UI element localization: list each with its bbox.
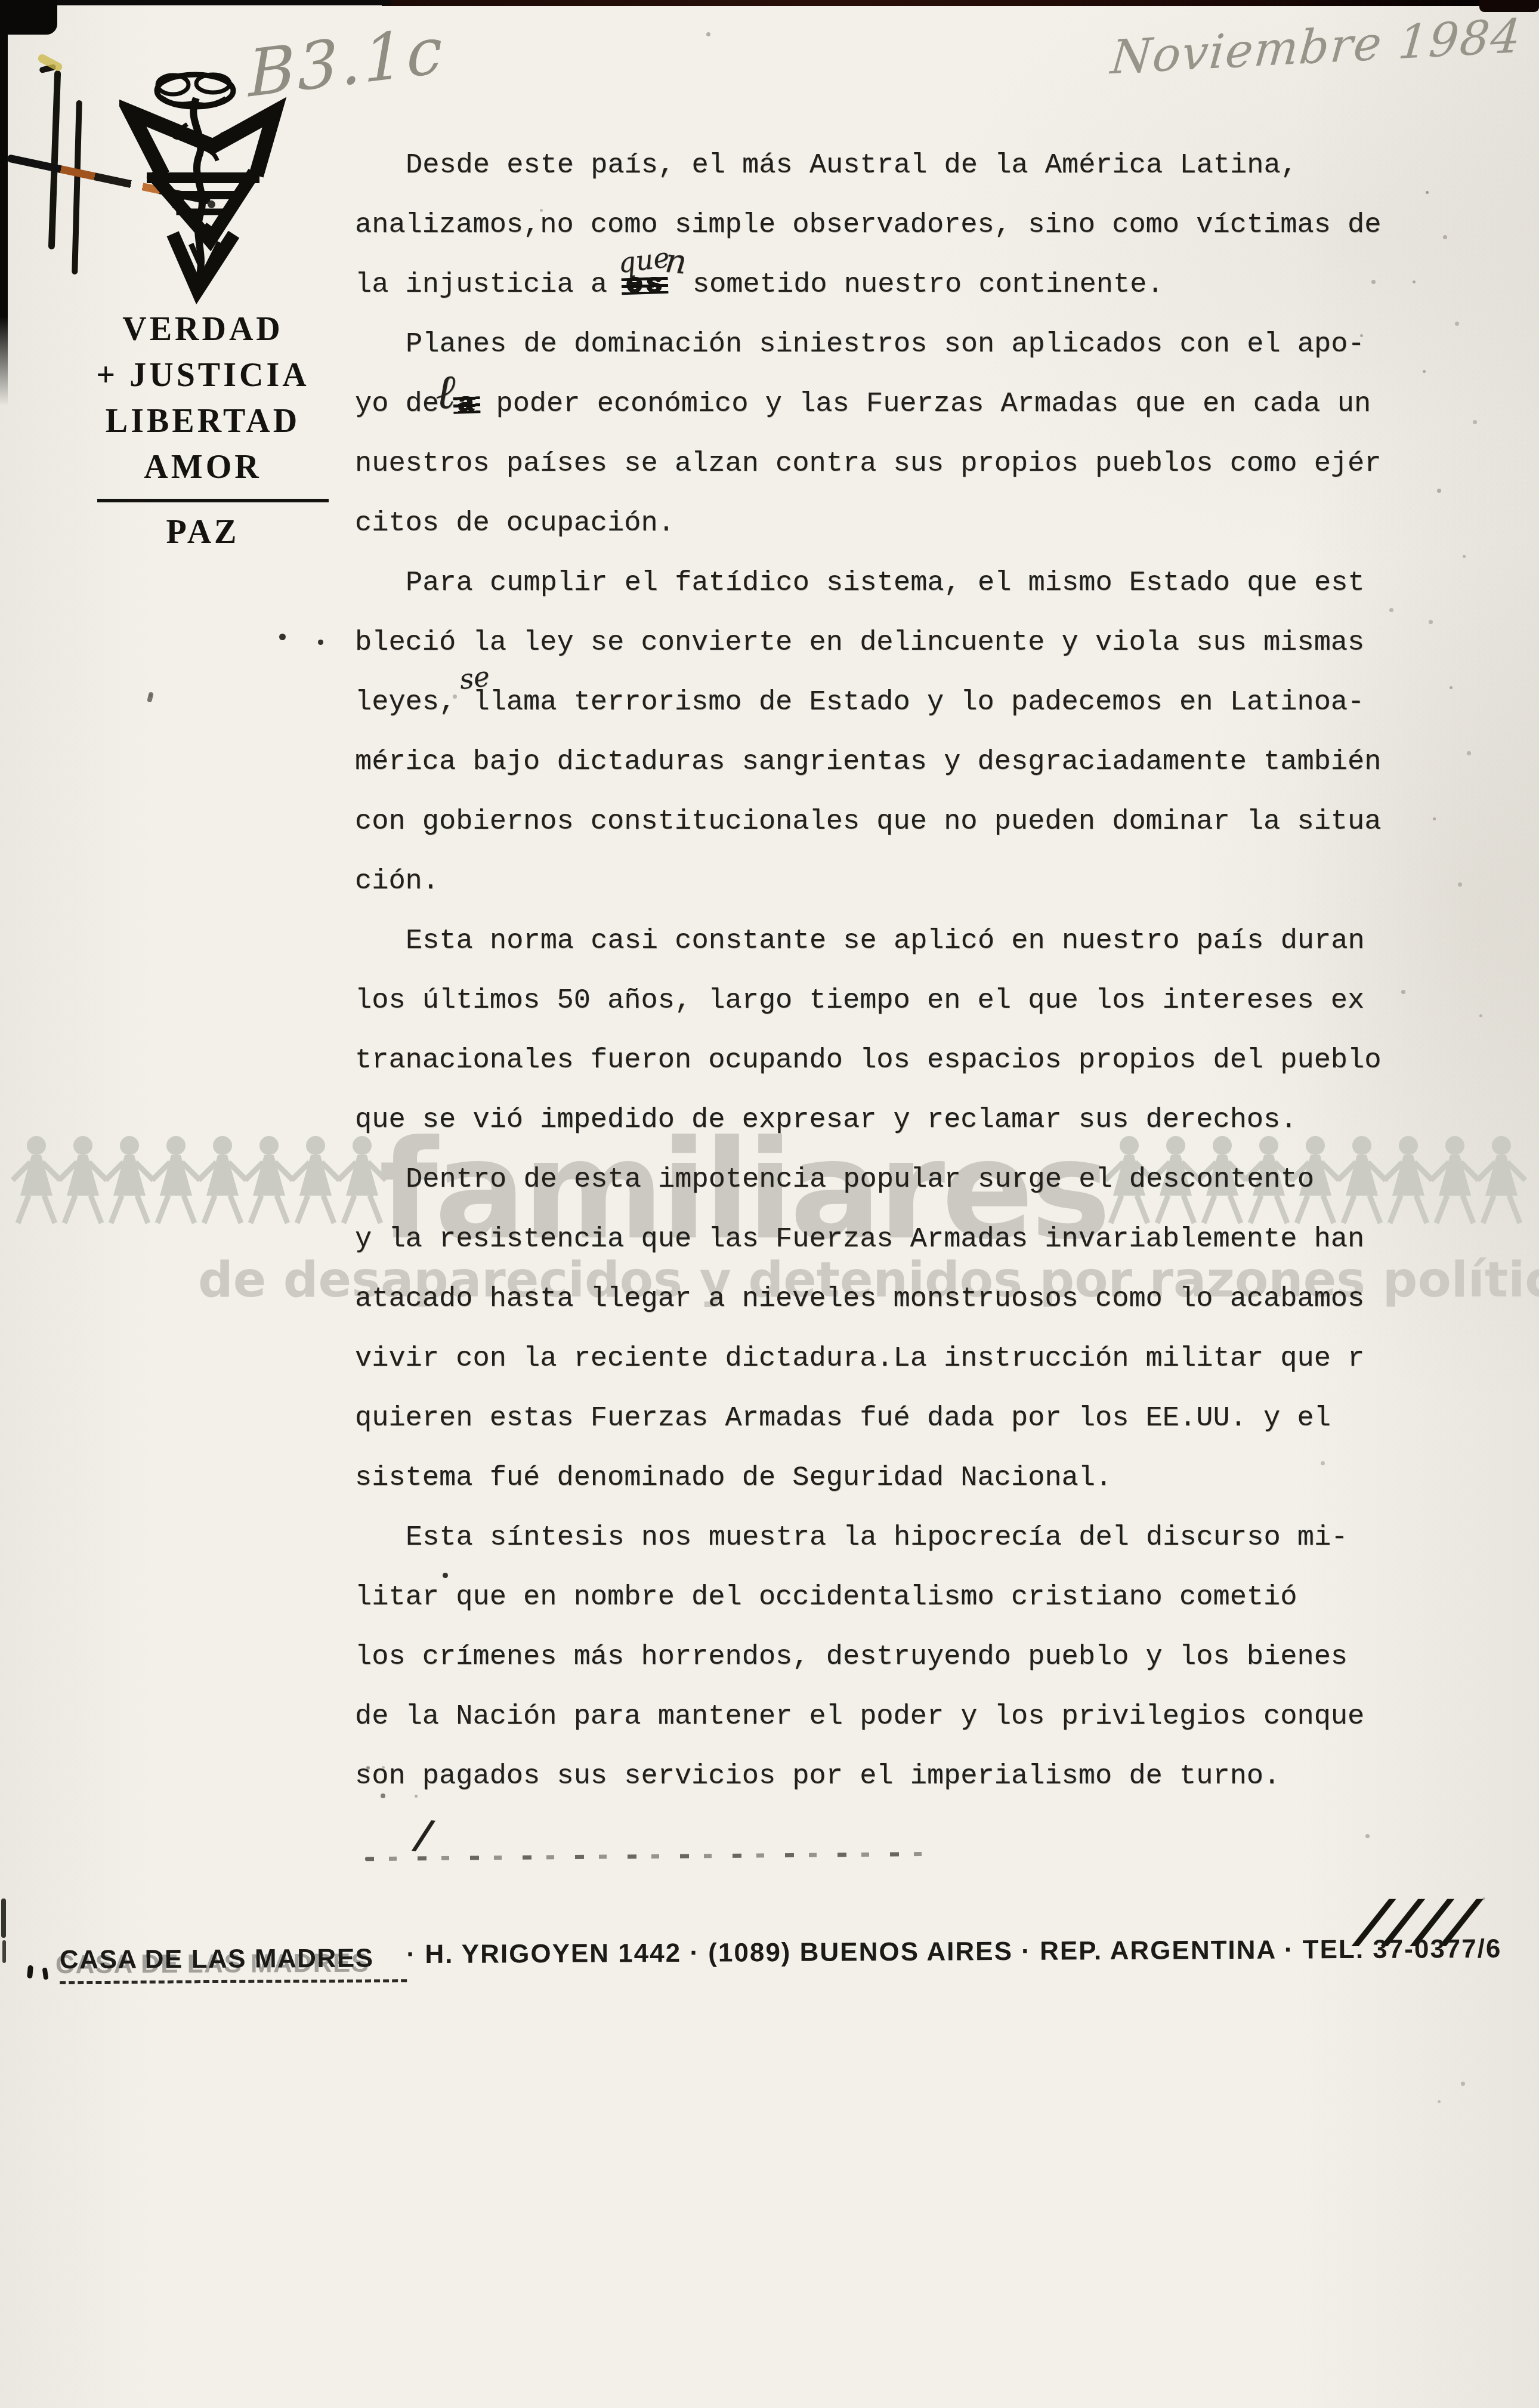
- body-line: ción.: [355, 868, 439, 896]
- line-text: yo de: [355, 388, 439, 420]
- body-line: los últimos 50 años, largo tiempo en el …: [355, 987, 1364, 1015]
- pencil-dot: [366, 1766, 370, 1770]
- letterhead-paz: PAZ: [72, 513, 334, 551]
- pen-dot: [443, 1573, 448, 1578]
- scan-corner-mark: [0, 0, 57, 35]
- body-line: vivir con la reciente dictadura.La instr…: [355, 1345, 1364, 1373]
- body-line: y la resistencia que las Fuerzas Armadas…: [355, 1225, 1364, 1254]
- letterhead-footer: CASA DE LAS MADRES· H. YRIGOYEN 1442 · (…: [60, 1934, 1502, 1981]
- ink-speck: [27, 1965, 33, 1979]
- body-line: son pagados sus servicios por el imperia…: [355, 1762, 1280, 1790]
- body-line: Esta síntesis nos muestra la hipocrecía …: [406, 1524, 1348, 1552]
- struck-word: es: [624, 269, 667, 301]
- scan-left-edge: [0, 0, 8, 406]
- scan-noise: [1426, 191, 1429, 194]
- letterhead-amor: AMOR: [72, 448, 334, 486]
- struck-word: a: [456, 388, 479, 420]
- footer-address: · H. YRIGOYEN 1442 · (1089) BUENOS AIRES…: [406, 1934, 1501, 1969]
- body-line: Para cumplir el fatídico sistema, el mis…: [406, 569, 1365, 597]
- body-line: Desde este país, el más Austral de la Am…: [406, 152, 1297, 180]
- letterhead-verdad: VERDAD: [72, 310, 334, 348]
- pencil-dot: [381, 1793, 385, 1798]
- body-line: yo deℓa poder económico y las Fuerzas Ar…: [355, 390, 1371, 418]
- scan-top-edge-left: [57, 0, 391, 5]
- pen-stroke: [48, 70, 61, 249]
- scan-top-edge: [382, 0, 1539, 6]
- body-line: Dentro de esta impotencia popular surge …: [406, 1166, 1314, 1194]
- body-line: sistema fué denominado de Seguridad Naci…: [355, 1464, 1112, 1492]
- footer-org-name: CASA DE LAS MADRES: [60, 1943, 407, 1984]
- body-line: bleció la ley se convierte en delincuent…: [355, 629, 1364, 657]
- pen-stroke: [72, 100, 82, 274]
- body-line: analizamos,no como simple observadores, …: [355, 211, 1381, 239]
- body-line: quieren estas Fuerzas Armadas fué dada p…: [355, 1404, 1331, 1433]
- body-line: citos de ocupación.: [355, 510, 675, 538]
- body-line: nuestros países se alzan contra sus prop…: [355, 450, 1381, 478]
- scan-edge-mark: [1, 1898, 6, 1938]
- line-text: sometido nuestro continente.: [676, 269, 1164, 301]
- letterhead-justicia: + JUSTICIA: [72, 356, 334, 394]
- handwritten-slash: /: [414, 1811, 433, 1859]
- body-line: Planes de dominación siniestros son apli…: [406, 331, 1365, 359]
- body-line: los crímenes más horrendos, destruyendo …: [355, 1643, 1348, 1671]
- scan-edge-mark: [2, 1940, 6, 1963]
- body-line: mérica bajo dictaduras sangrientas y des…: [355, 748, 1381, 776]
- margin-tick: [147, 691, 154, 702]
- scanned-document-page: B3.1c Noviembre 1984 VERDAD + JUSTICI: [0, 0, 1539, 2408]
- margin-dot: [279, 634, 286, 640]
- body-line: atacado hasta llegar a nieveles monstruo…: [355, 1285, 1364, 1313]
- letterhead-libertad: LIBERTAD: [72, 402, 334, 440]
- body-line: la injusticia a queesn sometido nuestro …: [355, 271, 1164, 299]
- familiares-emblem-logo: [119, 57, 292, 307]
- margin-dot: [318, 640, 323, 645]
- date-annotation: Noviembre 1984: [1109, 10, 1524, 85]
- line-text: llama terrorismo de Estado y lo padecemo…: [456, 687, 1364, 718]
- dashed-rule: [365, 1852, 933, 1861]
- body-line: litar que en nombre del occidentalismo c…: [355, 1583, 1297, 1611]
- line-text: leyes,: [355, 687, 456, 718]
- body-line: leyes,se llama terrorismo de Estado y lo…: [355, 689, 1364, 717]
- line-text: poder económico y las Fuerzas Armadas qu…: [479, 388, 1371, 420]
- body-line: Esta norma casi constante se aplicó en n…: [406, 927, 1365, 955]
- ink-speck: [42, 1968, 49, 1980]
- body-line: tranacionales fueron ocupando los espaci…: [355, 1046, 1381, 1075]
- body-line: que se vió impedido de expresar y reclam…: [355, 1106, 1297, 1134]
- body-line: de la Nación para mantener el poder y lo…: [355, 1703, 1364, 1731]
- letterhead-divider: [97, 499, 329, 502]
- line-text: la injusticia a: [355, 269, 624, 301]
- body-line: con gobiernos constitucionales que no pu…: [355, 808, 1381, 836]
- paper-doll-chain-watermark: [10, 1132, 397, 1231]
